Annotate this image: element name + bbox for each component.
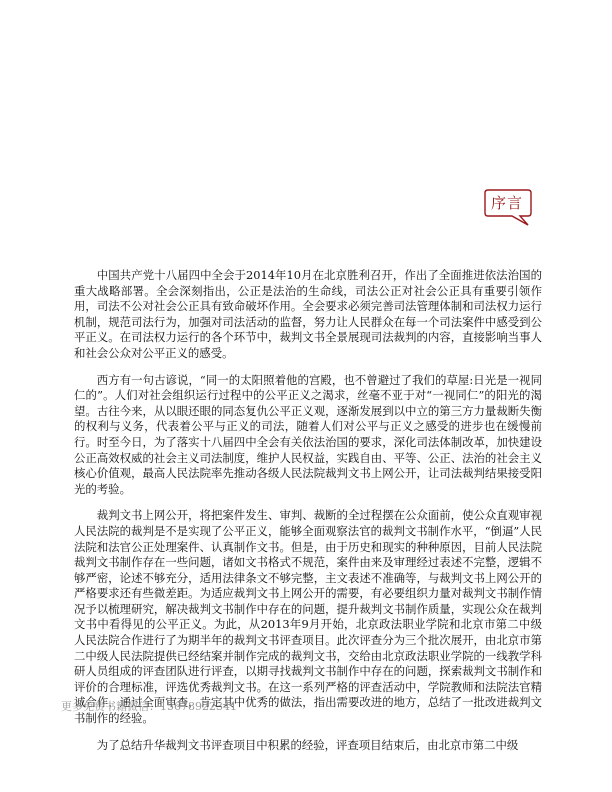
paragraph: 西方有一句古谚说，“同一的太阳照着他的宫殿，也不曾避过了我们的草屋:日光是一视同… [74,373,542,498]
section-badge: 序言 [484,189,532,217]
paragraph: 为了总结升华裁判文书评查项目中积累的经验，评查项目结束后，由北京市第二中级 [74,738,542,754]
paragraph: 中国共产党十八届四中全会于2014年10月在北京胜利召开，作出了全面推进依法治国… [74,268,542,362]
preface-body: 中国共产党十八届四中全会于2014年10月在北京胜利召开，作出了全面推进依法治国… [74,268,542,753]
section-title: 序言 [484,189,530,217]
watermark-text: 更多免费书籍微信：15678922341 [61,698,237,714]
paragraph: 裁判文书上网公开，将把案件发生、审判、裁断的全过程摆在公众面前，使公众直观审视人… [74,508,542,726]
